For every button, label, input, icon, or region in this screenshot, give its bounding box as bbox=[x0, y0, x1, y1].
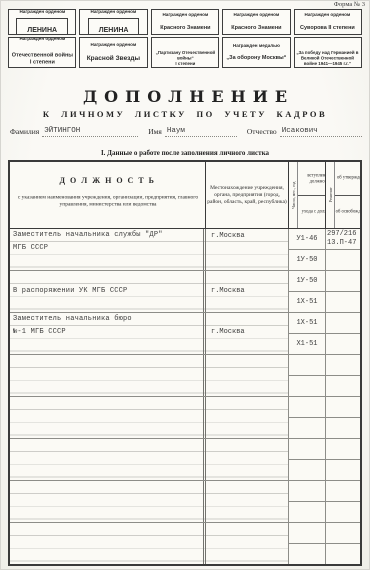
date-cell bbox=[289, 481, 326, 522]
table-row-empty bbox=[10, 397, 360, 439]
decision-rotated-label: Решение bbox=[326, 162, 335, 228]
award-top-label: Награжден орденом bbox=[10, 37, 74, 42]
award-top-label: Награжден медалью bbox=[296, 37, 360, 39]
decision-cell bbox=[326, 271, 360, 312]
position-cell bbox=[10, 439, 206, 480]
table-row-empty bbox=[10, 481, 360, 523]
date-in-value: 1У-50 bbox=[289, 271, 325, 292]
person-line: Фамилия ЭЙТИНГОН Имя Наум Отчество Исако… bbox=[10, 127, 362, 137]
table-body: Заместитель начальника службы "ДР" МГБ С… bbox=[10, 229, 360, 564]
decision-approve-header: об утверждении работника bbox=[335, 162, 360, 196]
award-name: Красного Знамени bbox=[153, 24, 217, 31]
award-top-label: Награжден медалью bbox=[224, 43, 288, 49]
date-out-value: 1У-50 bbox=[289, 250, 325, 270]
award-top-label: Награжден орденом bbox=[81, 9, 145, 14]
table-row: Заместитель начальника службы "ДР" МГБ С… bbox=[10, 229, 360, 271]
decision-cell bbox=[326, 439, 360, 480]
location-cell bbox=[206, 523, 289, 564]
position-cell: В распоряжении УК МГБ СССР bbox=[10, 271, 206, 312]
date-in-value: У1-46 bbox=[289, 229, 325, 250]
award-top-label: Награжден орденом bbox=[81, 42, 145, 48]
award-stamp-patriotic-war: Награжден орденом Отечественной войны I … bbox=[8, 37, 76, 68]
name-value: Наум bbox=[165, 127, 237, 137]
table-row: Заместитель начальника бюро №-1 МГБ СССР… bbox=[10, 313, 360, 355]
award-stamp-lenin-2: Награжден орденом ЛЕНИНА bbox=[79, 9, 147, 35]
position-header-subtitle: с указанием наименования учреждения, орг… bbox=[16, 194, 199, 208]
table-header-row: Д О Л Ж Н О С Т Ь с указанием наименован… bbox=[10, 162, 360, 229]
date-in-value: 1Х-51 bbox=[289, 313, 325, 334]
award-stamp-red-banner-2: Награжден орденом Красного Знамени bbox=[222, 9, 290, 35]
award-stamp-moscow-defense-medal: Награжден медалью „За оборону Москвы“ bbox=[222, 37, 290, 68]
patronymic-label: Отчество bbox=[247, 127, 277, 137]
release-value bbox=[326, 250, 360, 270]
date-cell bbox=[289, 355, 326, 396]
approve-value: 297/216 13.П-47 bbox=[326, 229, 360, 250]
decision-cell bbox=[326, 523, 360, 564]
award-name: Суворова II степени bbox=[296, 24, 360, 31]
award-stamp-red-star: Награжден орденом Красной Звезды bbox=[79, 37, 147, 68]
table-row: В распоряжении УК МГБ СССР г.Москва 1У-5… bbox=[10, 271, 360, 313]
location-cell: г.Москва bbox=[206, 271, 289, 312]
position-cell bbox=[10, 355, 206, 396]
award-name: ЛЕНИНА bbox=[27, 27, 57, 34]
decision-cell: 297/216 13.П-47 bbox=[326, 229, 360, 270]
date-cell bbox=[289, 397, 326, 438]
award-name: ЛЕНИНА bbox=[99, 27, 129, 34]
award-stamp-red-banner-1: Награжден орденом Красного Знамени bbox=[151, 9, 219, 35]
award-top-label: Награжден орденом bbox=[224, 12, 288, 18]
award-name: „За победу над Германией в Великой Отече… bbox=[296, 50, 360, 66]
date-cell: 1Х-51 Х1-51 bbox=[289, 313, 326, 354]
section-heading: I. Данные о работе после заполнения личн… bbox=[0, 149, 370, 157]
award-stamp-partisan-medal: Награжден медалью „Партизану Отечественн… bbox=[151, 37, 219, 68]
location-header-text: Местонахождение учреждения, органа, пред… bbox=[206, 185, 288, 206]
location-cell: г.Москва bbox=[206, 313, 289, 354]
date-column-header: Число, мес., год вступления в должность … bbox=[289, 162, 326, 228]
date-out-value: 1Х-51 bbox=[289, 292, 325, 312]
position-column-header: Д О Л Ж Н О С Т Ь с указанием наименован… bbox=[10, 162, 206, 228]
award-stamp-lenin-1: Награжден орденом ЛЕНИНА bbox=[8, 9, 76, 35]
decision-release-header: об освобождении работника bbox=[335, 196, 360, 229]
document-subtitle: К ЛИЧНОМУ ЛИСТКУ ПО УЧЕТУ КАДРОВ bbox=[0, 109, 370, 119]
position-cell bbox=[10, 397, 206, 438]
location-cell bbox=[206, 355, 289, 396]
award-top-label: Награжден медалью bbox=[153, 37, 217, 39]
date-rotated-label: Число, мес., год bbox=[289, 162, 298, 228]
location-cell bbox=[206, 397, 289, 438]
date-out-value: Х1-51 bbox=[289, 334, 325, 354]
document-title: ДОПОЛНЕНИЕ bbox=[0, 87, 370, 106]
award-stamp-suvorov: Награжден орденом Суворова II степени bbox=[294, 9, 362, 35]
date-cell bbox=[289, 523, 326, 564]
surname-label: Фамилия bbox=[10, 127, 39, 137]
position-cell: Заместитель начальника бюро №-1 МГБ СССР bbox=[10, 313, 206, 354]
table-row-empty bbox=[10, 439, 360, 481]
award-top-label: Награжден орденом bbox=[296, 12, 360, 18]
decision-cell bbox=[326, 481, 360, 522]
approve-value bbox=[326, 271, 360, 292]
location-cell: г.Москва bbox=[206, 229, 289, 270]
date-cell: 1У-50 1Х-51 bbox=[289, 271, 326, 312]
decision-cell bbox=[326, 355, 360, 396]
date-out-header: ухода с должности bbox=[298, 196, 326, 229]
award-top-label: Награжден орденом bbox=[10, 9, 74, 14]
location-cell bbox=[206, 481, 289, 522]
release-value bbox=[326, 334, 360, 354]
form-number-label: Форма № 3 bbox=[334, 1, 365, 8]
approve-value bbox=[326, 313, 360, 334]
position-cell: Заместитель начальника службы "ДР" МГБ С… bbox=[10, 229, 206, 270]
date-cell: У1-46 1У-50 bbox=[289, 229, 326, 270]
award-name: Красной Звезды bbox=[81, 54, 145, 62]
decision-cell bbox=[326, 313, 360, 354]
position-cell bbox=[10, 481, 206, 522]
position-cell bbox=[10, 523, 206, 564]
decision-column-header: Решение об утверждении работника об осво… bbox=[326, 162, 360, 228]
location-column-header: Местонахождение учреждения, органа, пред… bbox=[206, 162, 289, 228]
surname-value: ЭЙТИНГОН bbox=[42, 127, 138, 137]
work-history-table: Д О Л Ж Н О С Т Ь с указанием наименован… bbox=[8, 160, 362, 566]
date-in-header: вступления в должность bbox=[298, 162, 326, 196]
awards-stamp-grid: Награжден орденом ЛЕНИНА Награжден орден… bbox=[8, 9, 362, 68]
award-name: Отечественной войны I степени bbox=[10, 51, 74, 65]
table-row-empty bbox=[10, 355, 360, 397]
date-cell bbox=[289, 439, 326, 480]
decision-cell bbox=[326, 397, 360, 438]
award-top-label: Награжден орденом bbox=[153, 12, 217, 18]
award-name: „Партизану Отечественной войны“ I степен… bbox=[153, 50, 217, 66]
award-name: „За оборону Москвы“ bbox=[224, 55, 288, 62]
name-label: Имя bbox=[148, 127, 162, 137]
position-header-title: Д О Л Ж Н О С Т Ь bbox=[60, 176, 156, 185]
table-row-empty bbox=[10, 523, 360, 564]
patronymic-value: Исакович bbox=[280, 127, 362, 137]
award-name: Красного Знамени bbox=[224, 24, 288, 31]
location-cell bbox=[206, 439, 289, 480]
release-value bbox=[326, 292, 360, 312]
document-page: Форма № 3 Награжден орденом ЛЕНИНА Награ… bbox=[0, 0, 370, 570]
award-stamp-victory-medal: Награжден медалью „За победу над Германи… bbox=[294, 37, 362, 68]
